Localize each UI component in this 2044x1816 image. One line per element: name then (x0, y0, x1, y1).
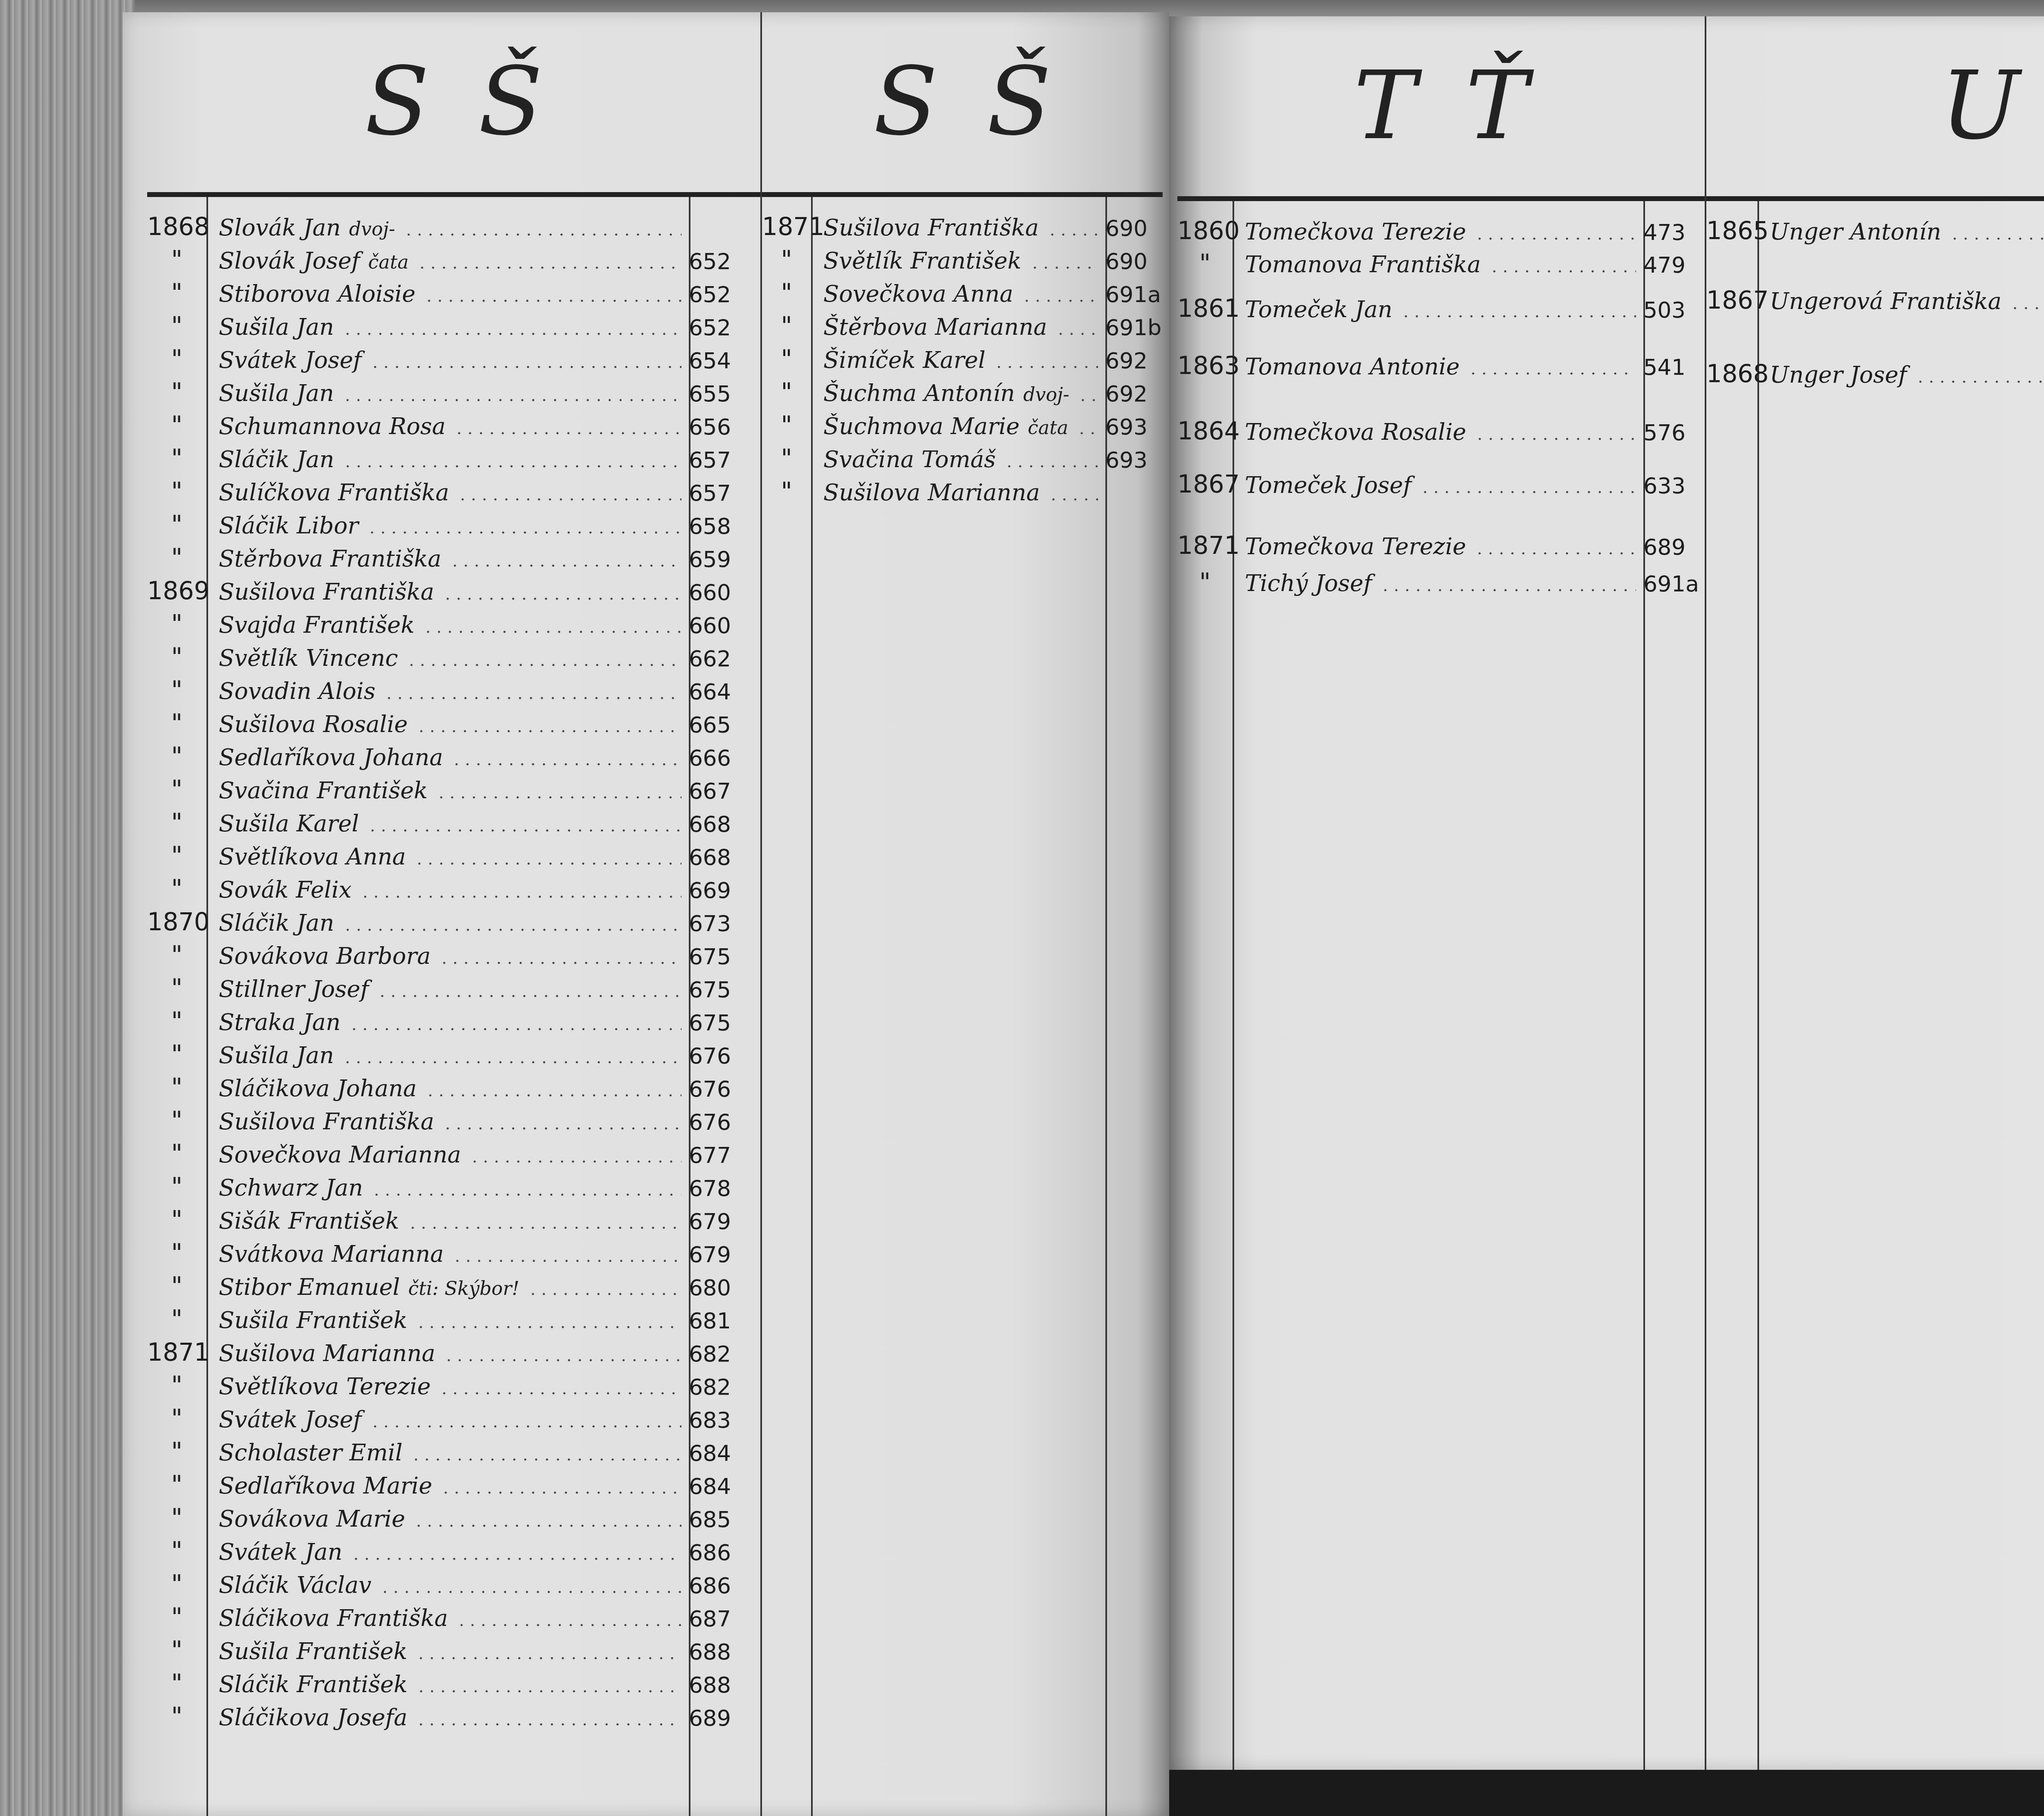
entry-page-number: 693 (1098, 414, 1163, 440)
entry-page-number: 652 (681, 249, 760, 274)
entry-name: Sušilova Františka .....................… (206, 1108, 681, 1135)
entry-page-number: 684 (681, 1440, 760, 1466)
entry-name: Světlík Vincenc ........................… (206, 645, 681, 672)
entry-page-number: 679 (681, 1242, 760, 1267)
leader-dots: ........................................ (1460, 360, 1636, 378)
entry-year: " (147, 544, 206, 572)
list-item: "Sláčik Jan ............................… (147, 440, 760, 473)
entry-page-number: 668 (681, 811, 760, 837)
entry-name: Slovák Jandvoj- ........................… (206, 215, 681, 241)
entry-page-number: 673 (681, 911, 760, 936)
entry-page-number: 688 (681, 1639, 760, 1665)
year-column-rule (1757, 201, 1759, 1770)
entry-year: " (147, 511, 206, 539)
list-item: "Sišák František .......................… (147, 1202, 760, 1234)
entry-year: 1861 (1177, 294, 1233, 323)
entry-year: " (147, 1669, 206, 1698)
entry-name: Straka Jan .............................… (206, 1009, 681, 1036)
entry-year: 1865 (1706, 217, 1757, 245)
leader-dots: ........................................ (372, 1578, 681, 1597)
entry-page-number: 658 (681, 513, 760, 539)
list-item: 1869Sušilova Františka .................… (147, 573, 760, 605)
entry-year: " (147, 1040, 206, 1069)
leader-dots: ........................................ (369, 982, 681, 1001)
list-item: "Sušila František ......................… (147, 1632, 760, 1665)
list-item: "Sušila Jan ............................… (147, 308, 760, 340)
entry-page-number: 656 (681, 414, 760, 440)
entry-year: 1871 (1177, 531, 1233, 560)
entry-year: " (147, 312, 206, 340)
entry-name: Svačina Tomáš ..........................… (811, 446, 1098, 473)
entry-year: " (147, 808, 206, 837)
entry-page-number: 686 (681, 1540, 760, 1565)
list-item: "Sláčikova Josefa ......................… (147, 1698, 760, 1731)
entry-year: 1860 (1177, 217, 1233, 245)
section-s-sh-2: S Š 1871Sušilova Františka .............… (762, 12, 1163, 1816)
entry-year: " (147, 279, 206, 307)
list-item: "Světlík Vincenc .......................… (147, 639, 760, 672)
entry-name: Svátek Jan .............................… (206, 1539, 681, 1565)
leader-dots: ........................................ (1040, 486, 1098, 504)
leader-dots: ........................................ (442, 552, 681, 571)
leader-dots: ........................................ (406, 850, 681, 869)
leader-dots: ........................................ (417, 1082, 681, 1100)
leader-dots: ........................................ (408, 1711, 681, 1729)
entry-name: Sovák Felix ............................… (206, 877, 681, 903)
entry-name: Unger Antonín ..........................… (1757, 219, 2044, 245)
list-item: "Sovákova Marie ........................… (147, 1500, 760, 1532)
entry-name: Sušila František .......................… (206, 1307, 681, 1334)
list-item: 1870Sláčik Jan .........................… (147, 904, 760, 936)
entry-name: Sušila Jan .............................… (206, 380, 681, 407)
list-item: 1864Tomečkova Rosalie ..................… (1177, 413, 1705, 446)
entry-name: Sovákova Marie .........................… (206, 1506, 681, 1532)
entry-year: " (1177, 249, 1233, 278)
entry-year: " (147, 643, 206, 672)
entry-name: Svátek Josef ...........................… (206, 347, 681, 374)
entry-name: Světlíkova Terezie .....................… (206, 1373, 681, 1400)
list-item: "Svátkova Marianna .....................… (147, 1235, 760, 1267)
entry-page-number: 691a (1098, 282, 1163, 307)
leader-dots: ........................................ (362, 353, 681, 372)
entry-name: Tomeček Jan ............................… (1233, 296, 1636, 323)
list-item: 1871Tomečkova Terezie ..................… (1177, 527, 1705, 560)
leader-dots: ........................................ (431, 1379, 681, 1398)
right-page: T Ť 1860Tomečkova Terezie ..............… (1169, 16, 2044, 1770)
entry-page-number: 676 (681, 1043, 760, 1069)
entry-name: Sláčik František .......................… (206, 1671, 681, 1698)
entry-name: Světlíkova Anna ........................… (206, 844, 681, 870)
entry-name: Sušilova Františka .....................… (206, 579, 681, 605)
header-letter: S (365, 55, 429, 149)
entry-note: čata (1028, 416, 1068, 439)
entry-year: " (147, 1603, 206, 1632)
entry-page-number: 662 (681, 646, 760, 672)
entry-year: " (147, 1537, 206, 1565)
leader-dots: ........................................ (986, 353, 1098, 372)
entry-name: Sulíčkova Františka ....................… (206, 479, 681, 506)
header-letter: Š (987, 55, 1051, 149)
entry-page-number: 541 (1636, 354, 1705, 380)
header-rule (147, 192, 760, 197)
entry-name: Tomečkova Terezie ......................… (1233, 533, 1636, 560)
list-item: "Svačina František .....................… (147, 771, 760, 804)
leader-dots: ........................................ (448, 1611, 681, 1630)
entry-name: Sláčik Jan .............................… (206, 910, 681, 936)
entry-name: Sláčikova Johana .......................… (206, 1075, 681, 1102)
entry-page-number: 668 (681, 844, 760, 870)
entry-page-number: 657 (681, 480, 760, 506)
leader-dots: ........................................ (444, 1247, 681, 1266)
entry-year: " (147, 1636, 206, 1665)
entry-page-number: 665 (681, 712, 760, 738)
entry-name: Sišák František ........................… (206, 1208, 681, 1234)
entry-year: " (147, 1305, 206, 1334)
list-item: "Sovák Felix ...........................… (147, 871, 760, 903)
entry-name: Šimíček Karel ..........................… (811, 347, 1098, 374)
entry-note: dvoj- (349, 218, 395, 240)
list-item: "Sláčik Libor ..........................… (147, 506, 760, 539)
leader-dots: ........................................ (375, 684, 681, 703)
entry-page-number: 691a (1636, 571, 1705, 597)
entry-year: 1870 (147, 908, 206, 936)
leader-dots: ........................................ (1412, 478, 1636, 497)
section-s-sh-1: S Š 1868Slovák Jandvoj- ................… (147, 12, 760, 1816)
entry-year: " (762, 477, 811, 506)
entry-page-number: 652 (681, 315, 760, 340)
leader-dots: ........................................ (334, 320, 681, 339)
leader-dots: ........................................ (435, 1346, 681, 1365)
entry-page-number: 654 (681, 348, 760, 374)
entry-name: Sláčik Libor ...........................… (206, 513, 681, 539)
list-item: "Světlíkova Anna .......................… (147, 837, 760, 870)
list-item: "Světlík František .....................… (762, 242, 1163, 274)
entry-year: 1863 (1177, 352, 1233, 380)
leader-dots: ........................................ (343, 1545, 681, 1564)
entry-page-number: 692 (1098, 381, 1163, 407)
entry-page-number: 660 (681, 580, 760, 605)
entry-page-number: 690 (1098, 249, 1163, 274)
list-item: "Schumannova Rosa ......................… (147, 407, 760, 440)
entry-name: Stillner Josef .........................… (206, 976, 681, 1003)
leader-dots: ........................................ (1022, 254, 1098, 273)
list-item: "Štěrbova Marianna .....................… (762, 308, 1163, 340)
list-item: "Sovadin Alois .........................… (147, 672, 760, 705)
header-rule (762, 192, 1163, 197)
list-item: "Sovákova Barbora ......................… (147, 937, 760, 970)
entry-year: " (147, 444, 206, 473)
section-header: S Š (762, 12, 1163, 192)
entry-page-number: 679 (681, 1209, 760, 1234)
entry-name: Sedlaříkova Marie ......................… (206, 1473, 681, 1499)
list-item: 1868Unger Josef ........................… (1706, 356, 2044, 388)
list-item: "Sulíčkova Františka ...................… (147, 473, 760, 506)
leader-dots: ........................................ (1466, 225, 1636, 244)
entry-year: 1868 (147, 213, 206, 241)
entry-year: " (762, 312, 811, 340)
list-item: "Straka Jan ............................… (147, 1003, 760, 1036)
list-item: "Svačina Tomáš .........................… (762, 440, 1163, 473)
entry-year: 1871 (147, 1338, 206, 1367)
list-item: "Schwarz Jan ...........................… (147, 1169, 760, 1201)
list-item: "Svátek Josef ..........................… (147, 341, 760, 374)
entry-year: " (1177, 568, 1233, 597)
list-item: "Sušila Jan ............................… (147, 374, 760, 407)
entry-page-number: 676 (681, 1076, 760, 1102)
entry-year: " (147, 1504, 206, 1532)
entry-page-number: 479 (1636, 252, 1705, 278)
list-item: 1863Tomanova Antonie ...................… (1177, 347, 1705, 380)
entry-name: Slovák Josefčata .......................… (206, 248, 681, 274)
entry-name: Sušilova Rosalie .......................… (206, 711, 681, 738)
entry-name: Sušila Jan .............................… (206, 1042, 681, 1069)
list-item: "Stibor Emanuelčti: Skýbor! ............… (147, 1268, 760, 1301)
entry-page-number: 677 (681, 1142, 760, 1168)
entry-year: " (147, 1438, 206, 1466)
entry-name: Šuchma Antoníndvoj- ....................… (811, 380, 1098, 407)
entry-note: čti: Skýbor! (408, 1277, 519, 1299)
entry-year: " (147, 477, 206, 506)
entry-year: " (147, 1073, 206, 1102)
leader-dots: ........................................ (434, 1115, 681, 1133)
entry-name: Sláčik Jan .............................… (206, 446, 681, 473)
leader-dots: ........................................ (352, 883, 681, 902)
list-item: 1867Tomeček Josef ......................… (1177, 466, 1705, 499)
entry-year: 1867 (1706, 286, 1757, 315)
entry-year: " (147, 1570, 206, 1599)
list-item: "Sušilova Františka ....................… (147, 1102, 760, 1135)
leader-dots: ........................................ (1372, 576, 1636, 595)
section-header: T Ť (1177, 16, 1705, 196)
entry-page-number: 473 (1636, 219, 1705, 245)
leader-dots: ........................................ (1039, 221, 1098, 240)
entry-name: Unger Josef ............................… (1757, 362, 2044, 388)
leader-dots: ........................................ (1392, 302, 1636, 321)
section-u: U 1865Unger Antonín ....................… (1706, 16, 2044, 1770)
list-item: "Sláčik Václav .........................… (147, 1566, 760, 1599)
header-letter: S (873, 55, 938, 149)
leader-dots: ........................................ (428, 784, 681, 802)
list-item: 1865Unger Antonín ......................… (1706, 213, 2044, 245)
entry-year: " (147, 775, 206, 804)
entry-name: Světlík František ......................… (811, 248, 1098, 274)
leader-dots: ........................................ (434, 585, 681, 604)
entry-year: " (762, 378, 811, 407)
entry-year: 1871 (762, 213, 811, 241)
entry-name: Sláčik Václav ..........................… (206, 1572, 681, 1599)
list-item: "Šimíček Karel .........................… (762, 341, 1163, 374)
leader-dots: ........................................ (407, 1313, 681, 1332)
entry-name: Sušilova Františka .....................… (811, 215, 1098, 241)
entry-year: " (147, 1239, 206, 1267)
section-header: S Š (147, 12, 760, 192)
entry-page-number: 659 (681, 546, 760, 572)
entry-year: 1868 (1706, 360, 1757, 388)
entry-page-number: 681 (681, 1308, 760, 1334)
entry-page-number: 688 (681, 1672, 760, 1698)
entry-page-number: 652 (681, 282, 760, 307)
list-item: "Sušilova Marianna .....................… (762, 473, 1163, 506)
entry-year: " (147, 742, 206, 771)
list-item: "Tomanova Františka ....................… (1177, 245, 1705, 278)
entry-page-number: 655 (681, 381, 760, 407)
entry-page-number: 685 (681, 1507, 760, 1532)
entry-year: " (147, 411, 206, 440)
entry-name: Ungerová Františka .....................… (1757, 288, 2044, 315)
entry-page-number: 680 (681, 1275, 760, 1301)
entry-page-number: 633 (1636, 473, 1705, 499)
leader-dots: ........................................ (443, 750, 681, 769)
page-edges (0, 0, 135, 1816)
entry-page-number: 678 (681, 1176, 760, 1201)
leader-dots: ........................................ (408, 717, 682, 736)
leader-dots: ........................................ (415, 287, 681, 306)
list-item: 1871Sušilova Františka .................… (762, 208, 1163, 241)
entry-year: " (147, 610, 206, 638)
list-item: "Sláčikova Johana ......................… (147, 1069, 760, 1102)
entry-page-number: 684 (681, 1473, 760, 1499)
leader-dots: ........................................ (1069, 386, 1098, 405)
entry-year: " (147, 1206, 206, 1234)
entry-page-number: 657 (681, 447, 760, 473)
list-item: 1871Sušilova Marianna ..................… (147, 1334, 760, 1367)
entry-page-number: 666 (681, 745, 760, 771)
entry-year: " (147, 1471, 206, 1499)
list-item: "Scholaster Emil .......................… (147, 1433, 760, 1466)
entry-name: Svátkova Marianna ......................… (206, 1241, 681, 1267)
leader-dots: ........................................ (461, 1148, 681, 1167)
list-item: "Sedlaříkova Marie .....................… (147, 1467, 760, 1499)
entry-name: Štěrbova Marianna ......................… (811, 314, 1098, 340)
entry-year: 1867 (1177, 470, 1233, 499)
entry-year: " (147, 246, 206, 274)
entry-name: Sovákova Barbora .......................… (206, 943, 681, 970)
leader-dots: ........................................ (1941, 225, 2044, 244)
entry-name: Schumannova Rosa .......................… (206, 413, 681, 440)
entry-page-number: 676 (681, 1109, 760, 1135)
leader-dots: ........................................ (1068, 419, 1098, 438)
entry-year: " (147, 1173, 206, 1201)
entry-name: Sovečkova Marianna .....................… (206, 1142, 681, 1168)
list-item: "Stěrbova Františka ....................… (147, 540, 760, 572)
leader-dots: ........................................ (362, 1413, 681, 1431)
list-item: "Šuchmova Mariečata ....................… (762, 407, 1163, 440)
list-item: "Svátek Josef ..........................… (147, 1400, 760, 1433)
entry-name: Šuchmova Mariečata .....................… (811, 413, 1098, 440)
leader-dots: ........................................ (398, 651, 681, 670)
entry-name: Svačina František ......................… (206, 777, 681, 804)
entry-year: " (147, 842, 206, 870)
leader-dots: ........................................ (403, 1446, 681, 1464)
entry-name: Sláčikova Josefa .......................… (206, 1704, 681, 1731)
entry-year: " (147, 974, 206, 1003)
entry-page-number: 664 (681, 679, 760, 705)
entry-page-number: 675 (681, 977, 760, 1003)
leader-dots: ........................................ (359, 817, 681, 835)
leader-dots: ........................................ (399, 1214, 681, 1233)
header-letter: Š (478, 55, 543, 149)
entry-page-number: 686 (681, 1573, 760, 1599)
entry-name: Scholaster Emil ........................… (206, 1440, 681, 1466)
leader-dots: ........................................ (334, 916, 681, 935)
entry-page-number: 683 (681, 1407, 760, 1433)
entry-page-number: 690 (1098, 215, 1163, 241)
entry-year: " (147, 345, 206, 374)
leader-dots: ........................................ (395, 221, 681, 240)
entry-name: Svátek Josef ...........................… (206, 1406, 681, 1433)
list-item: "Slovák Josefčata ......................… (147, 242, 760, 274)
list-item: "Svajda František ......................… (147, 606, 760, 638)
list-item: "Šuchma Antoníndvoj- ...................… (762, 374, 1163, 407)
entry-note: čata (368, 251, 409, 273)
entry-year: " (147, 1272, 206, 1301)
header-letter: T (1354, 59, 1416, 153)
entry-name: Sušila Jan .............................… (206, 314, 681, 340)
leader-dots: ........................................ (996, 452, 1098, 471)
entry-year: " (147, 875, 206, 903)
list-item: "Sláčik František ......................… (147, 1665, 760, 1698)
leader-dots: ........................................ (341, 1015, 681, 1034)
header-letter: Ť (1466, 59, 1528, 153)
entry-name: Sedlaříkova Johana .....................… (206, 744, 681, 771)
entry-year: " (147, 1702, 206, 1731)
entry-name: Stiborova Aloisie ......................… (206, 281, 681, 307)
entry-note: dvoj- (1023, 383, 1069, 405)
entry-name: Tomečkova Terezie ......................… (1233, 219, 1636, 245)
entry-name: Sovadin Alois ..........................… (206, 678, 681, 705)
leader-dots: ........................................ (363, 1181, 681, 1200)
leader-dots: ........................................ (446, 419, 681, 438)
entry-year: " (147, 1371, 206, 1400)
entry-name: Tichý Josef ............................… (1233, 570, 1636, 597)
entry-page-number: 689 (1636, 534, 1705, 560)
entry-year: " (147, 1106, 206, 1135)
entry-name: Sovečkova Anna .........................… (811, 281, 1098, 307)
list-item: "Sušila Jan ............................… (147, 1036, 760, 1069)
entry-name: Svajda František .......................… (206, 612, 681, 638)
entry-year: " (147, 1007, 206, 1036)
leader-dots: ........................................ (1047, 320, 1098, 339)
entry-year: " (762, 279, 811, 307)
list-item: "Svátek Jan ............................… (147, 1533, 760, 1565)
entry-page-number: 503 (1636, 297, 1705, 323)
leader-dots: ........................................ (2001, 294, 2044, 313)
entry-page-number: 689 (681, 1705, 760, 1731)
section-t-tch: T Ť 1860Tomečkova Terezie ..............… (1177, 16, 1705, 1770)
entry-name: Schwarz Jan ............................… (206, 1175, 681, 1201)
list-item: 1860Tomečkova Terezie ..................… (1177, 213, 1705, 245)
entry-name: Tomanova Františka .....................… (1233, 251, 1636, 278)
entry-name: Tomanova Antonie .......................… (1233, 354, 1636, 380)
leader-dots: ........................................ (1013, 287, 1098, 306)
header-letter: U (1941, 59, 2020, 153)
entry-year: " (147, 676, 206, 705)
leader-dots: ........................................ (431, 949, 681, 968)
entry-year: " (147, 1404, 206, 1433)
entry-page-number: 692 (1098, 348, 1163, 374)
leader-dots: ........................................ (407, 1644, 681, 1663)
leader-dots: ........................................ (1481, 258, 1636, 276)
entry-year: " (762, 411, 811, 440)
entry-page-number: 682 (681, 1341, 760, 1367)
entry-page-number: 687 (681, 1606, 760, 1632)
leader-dots: ........................................ (409, 254, 681, 273)
entry-page-number: 576 (1636, 420, 1705, 446)
entry-page-number: 693 (1098, 447, 1163, 473)
entry-year: " (762, 246, 811, 274)
entry-year: " (147, 709, 206, 738)
entry-name: Tomeček Josef ..........................… (1233, 472, 1636, 499)
